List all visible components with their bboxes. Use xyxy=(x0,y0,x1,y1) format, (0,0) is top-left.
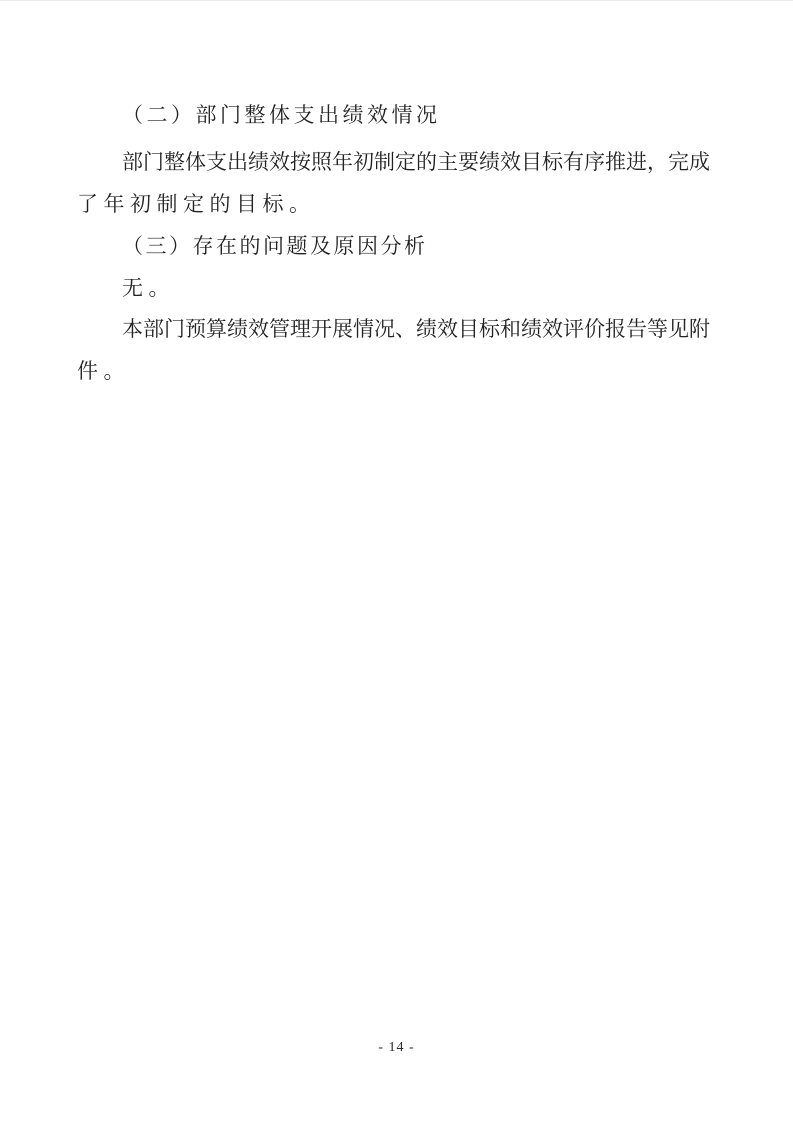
document-page: （二）部门整体支出绩效情况 部门整体支出绩效按照年初制定的主要绩效目标有序推进，… xyxy=(0,0,793,1123)
paragraph-line: 部门整体支出绩效按照年初制定的主要绩效目标有序推进，完成 xyxy=(122,152,710,173)
paragraph-line: 件。 xyxy=(77,361,130,382)
paragraph-line: 无。 xyxy=(122,278,175,299)
section-heading-3: （三）存在的问题及原因分析 xyxy=(122,236,428,257)
section-heading-2: （二）部门整体支出绩效情况 xyxy=(122,105,441,126)
paragraph-line: 本部门预算绩效管理开展情况、绩效目标和绩效评价报告等见附 xyxy=(122,319,710,340)
paragraph-line: 了年初制定的目标。 xyxy=(77,194,316,215)
page-number: - 14 - xyxy=(0,1040,793,1056)
